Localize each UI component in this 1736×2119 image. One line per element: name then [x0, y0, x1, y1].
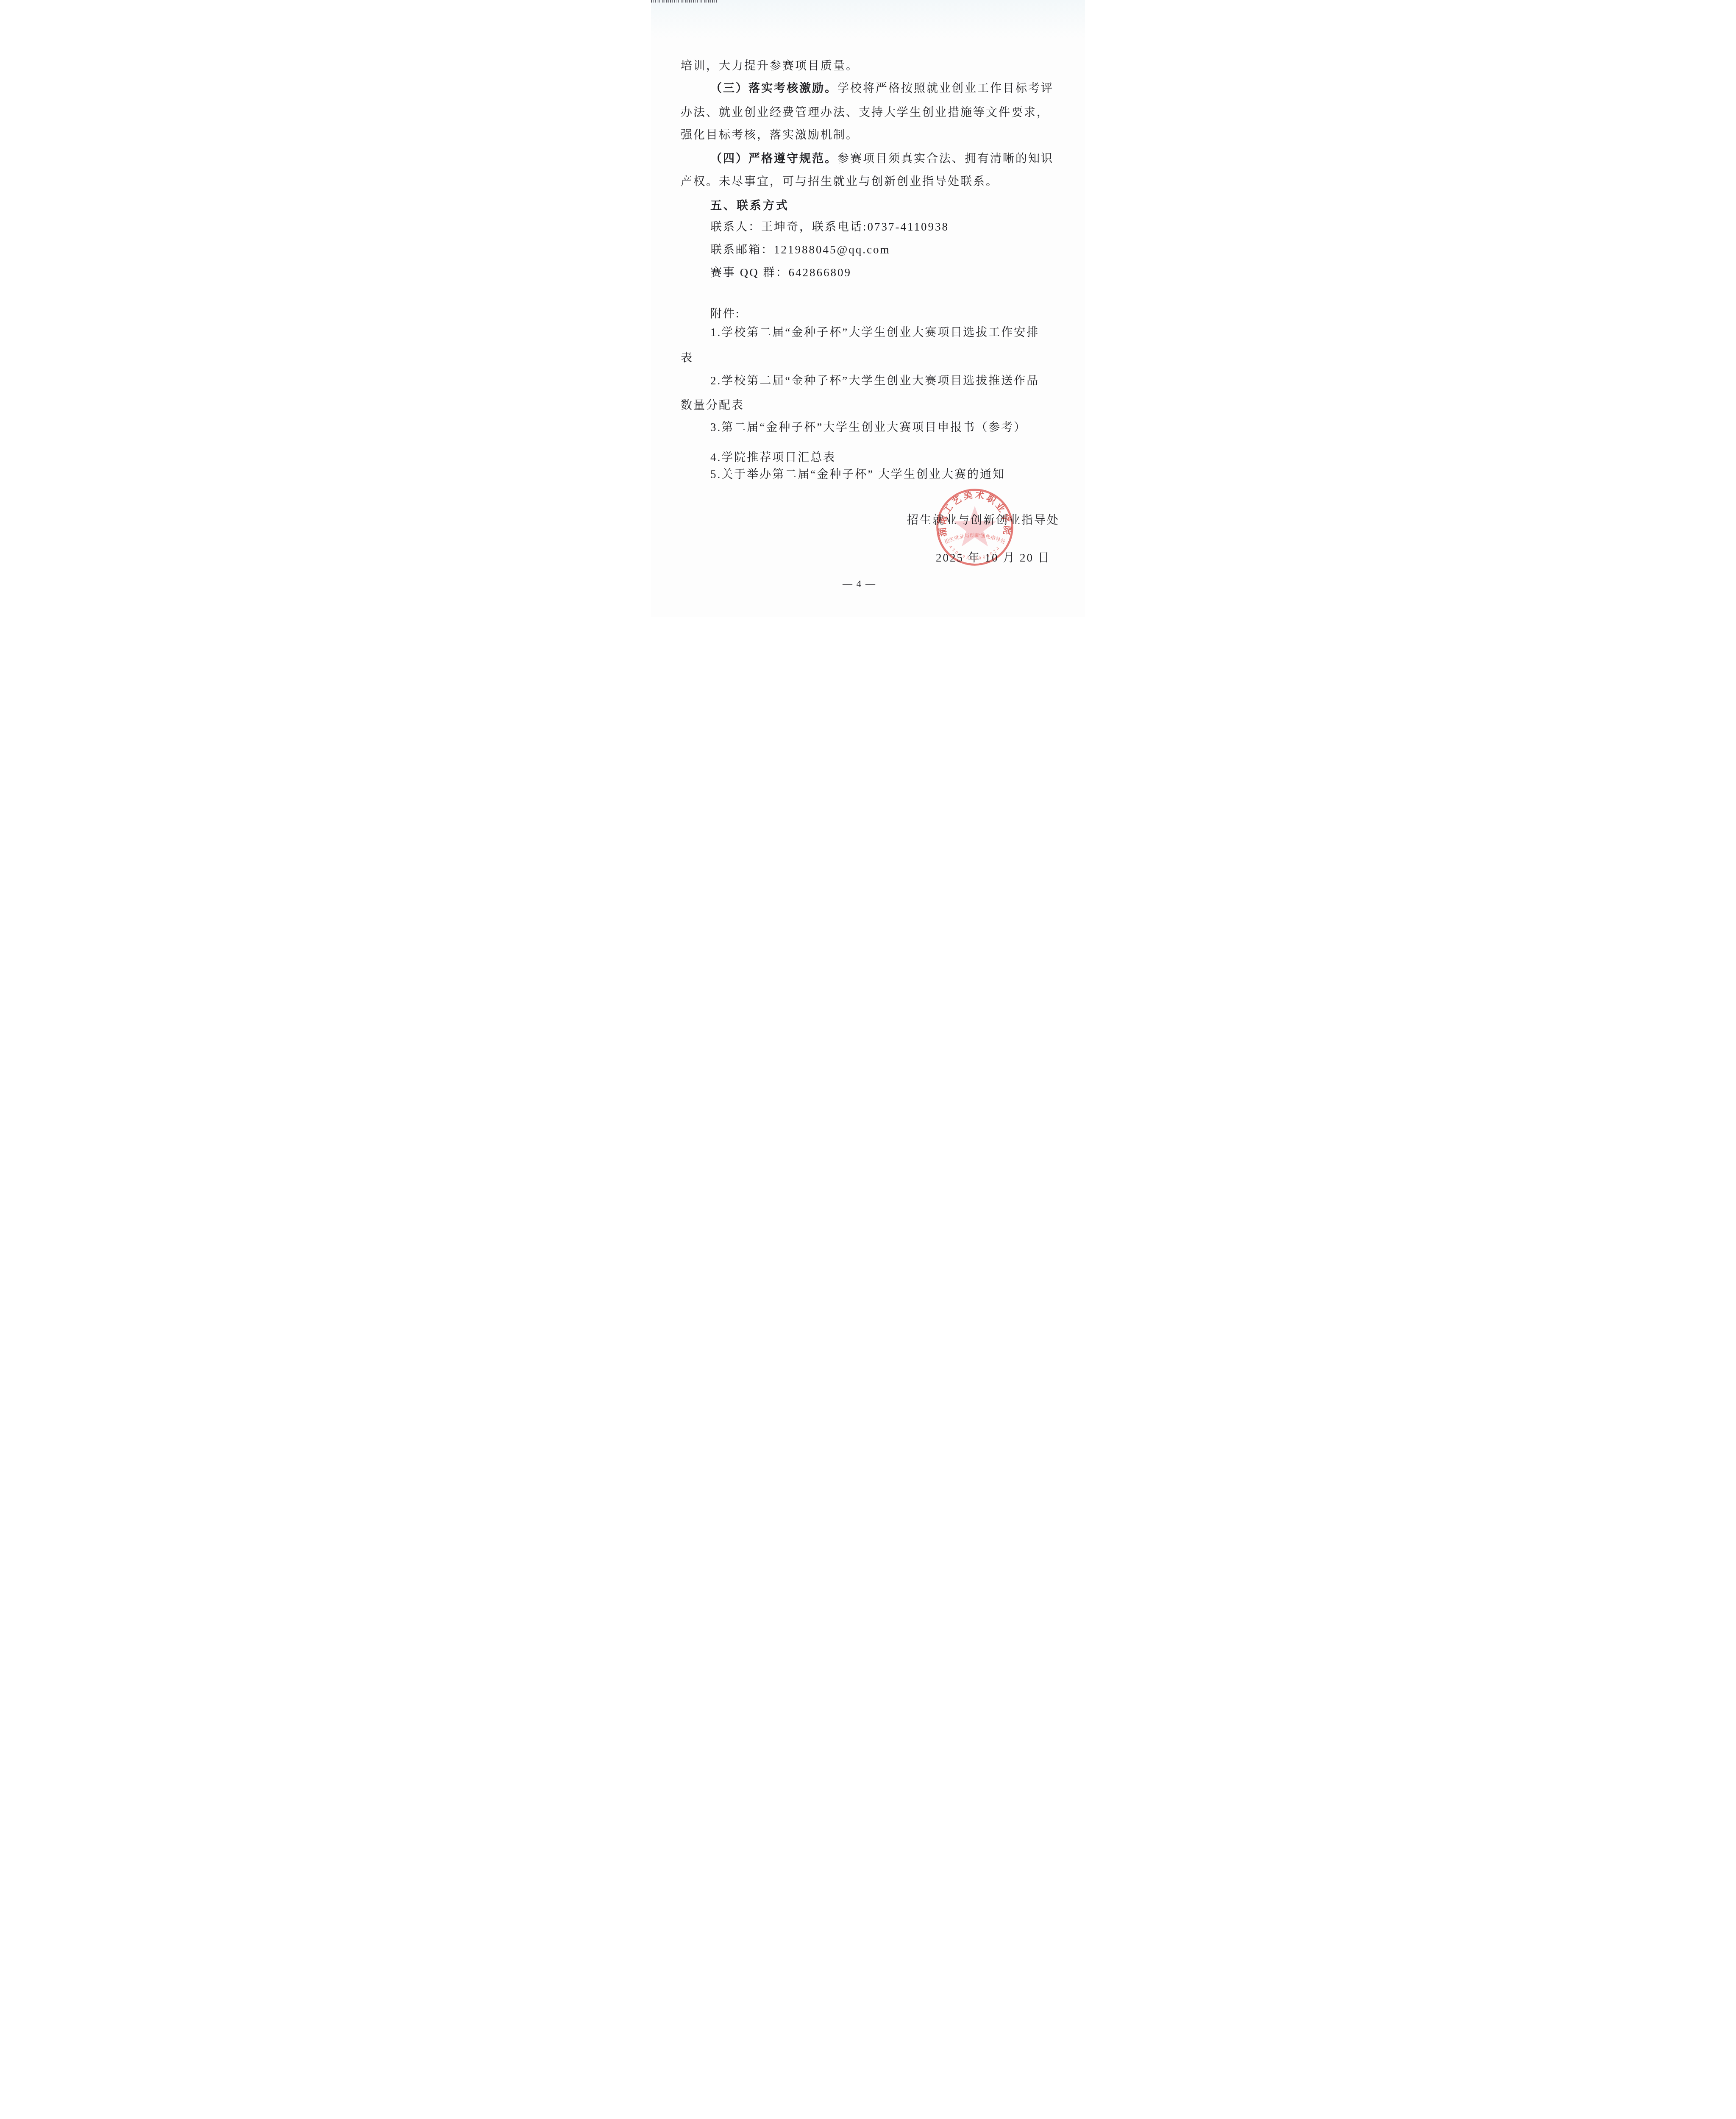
body-text: 培训，大力提升参赛项目质量。	[681, 59, 859, 72]
contact-person-text: 联系人：王坤奇，联系电话:0737-4110938	[710, 220, 949, 233]
attachment-item-text: 5.关于举办第二届“金种子杯” 大学生创业大赛的通知	[710, 468, 1005, 481]
scan-artifact-barcode	[651, 0, 717, 3]
section-heading-contact: 五、联系方式	[710, 200, 789, 211]
page-number: — 4 —	[843, 579, 876, 589]
attachments-label: 附件:	[710, 308, 740, 320]
qq-group-text: 赛事 QQ 群：642866809	[710, 266, 851, 279]
qq-group-line: 赛事 QQ 群：642866809	[710, 267, 851, 278]
contact-email-text: 联系邮箱：121988045@qq.com	[710, 243, 890, 256]
attachment-item-1: 1.学校第二届“金种子杯”大学生创业大赛项目选拔工作安排	[710, 327, 1039, 338]
paragraph-lead-4: （四）严格遵守规范。	[710, 152, 837, 165]
attachment-item-5: 5.关于举办第二届“金种子杯” 大学生创业大赛的通知	[710, 469, 1005, 480]
attachment-item-4: 4.学院推荐项目汇总表	[710, 452, 836, 463]
contact-person-line: 联系人：王坤奇，联系电话:0737-4110938	[710, 221, 949, 233]
document-page: 培训，大力提升参赛项目质量。 （三）落实考核激励。学校将严格按照就业创业工作目标…	[651, 0, 1085, 617]
attachment-item-3: 3.第二届“金种子杯”大学生创业大赛项目申报书（参考）	[710, 422, 1027, 433]
body-line: 强化目标考核，落实激励机制。	[681, 129, 859, 141]
attachment-item-text: 2.学校第二届“金种子杯”大学生创业大赛项目选拔推送作品	[710, 374, 1039, 387]
attachment-item-text: 数量分配表	[681, 399, 744, 412]
paragraph-lead-3: （三）落实考核激励。	[710, 82, 837, 95]
contact-email-line: 联系邮箱：121988045@qq.com	[710, 244, 890, 256]
attachment-item-text: 1.学校第二届“金种子杯”大学生创业大赛项目选拔工作安排	[710, 326, 1039, 339]
attachment-item-text: 表	[681, 351, 693, 364]
signature-department: 招生就业与创新创业指导处	[907, 514, 1060, 526]
attachment-item-2-continuation: 数量分配表	[681, 400, 744, 411]
signature-date-text: 2025 年 10 月 20 日	[936, 551, 1051, 564]
body-line: （三）落实考核激励。学校将严格按照就业创业工作目标考评	[710, 83, 1054, 94]
body-text: 参赛项目须真实合法、拥有清晰的知识	[837, 152, 1054, 165]
body-line: （四）严格遵守规范。参赛项目须真实合法、拥有清晰的知识	[710, 153, 1054, 164]
heading-text: 五、联系方式	[710, 199, 789, 212]
signature-date: 2025 年 10 月 20 日	[936, 552, 1051, 564]
attachment-item-1-continuation: 表	[681, 352, 693, 364]
body-line: 培训，大力提升参赛项目质量。	[681, 60, 859, 72]
body-line: 办法、就业创业经费管理办法、支持大学生创业措施等文件要求，	[681, 107, 1049, 118]
page-number-text: — 4 —	[843, 578, 876, 589]
attachments-label-text: 附件:	[710, 307, 740, 320]
body-text: 学校将严格按照就业创业工作目标考评	[837, 82, 1054, 95]
attachment-item-2: 2.学校第二届“金种子杯”大学生创业大赛项目选拔推送作品	[710, 375, 1039, 387]
signature-department-text: 招生就业与创新创业指导处	[907, 514, 1060, 526]
body-text: 办法、就业创业经费管理办法、支持大学生创业措施等文件要求，	[681, 106, 1049, 119]
body-text: 产权。未尽事宜，可与招生就业与创新创业指导处联系。	[681, 175, 999, 188]
body-text: 强化目标考核，落实激励机制。	[681, 128, 859, 141]
attachment-item-text: 4.学院推荐项目汇总表	[710, 451, 836, 464]
attachment-item-text: 3.第二届“金种子杯”大学生创业大赛项目申报书（参考）	[710, 421, 1027, 434]
body-line: 产权。未尽事宜，可与招生就业与创新创业指导处联系。	[681, 176, 999, 187]
